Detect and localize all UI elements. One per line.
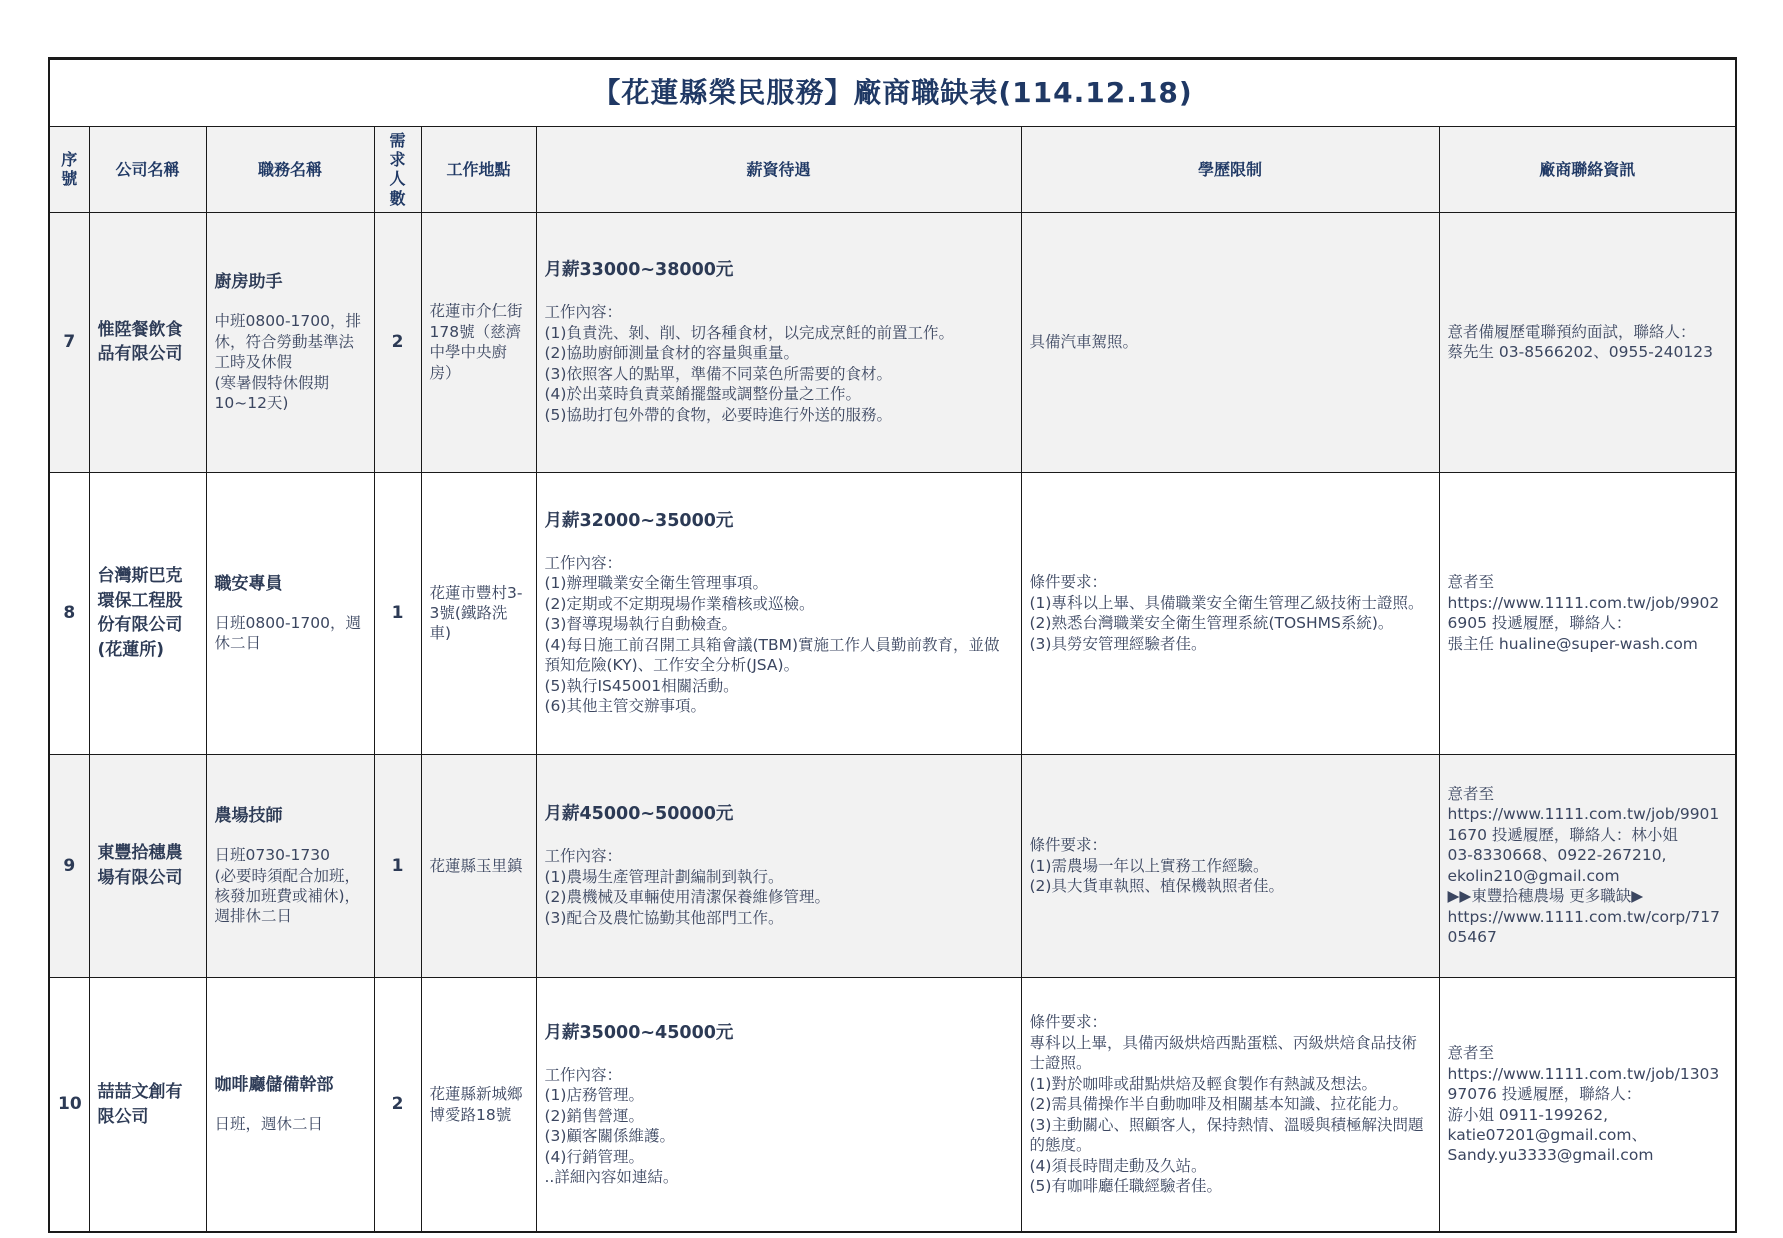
row-number: 9 <box>49 754 89 977</box>
row-number: 7 <box>49 212 89 472</box>
headcount: 1 <box>374 472 421 754</box>
salary-detail: 工作內容： (1)店務管理。 (2)銷售營運。 (3)顧客關係維護。 (4)行銷… <box>545 1065 1013 1188</box>
work-location: 花蓮縣新城鄉博愛路18號 <box>421 977 536 1232</box>
salary-detail: 工作內容： (1)農場生產管理計劃編制到執行。 (2)農機械及車輛使用清潔保養維… <box>545 846 1013 928</box>
contact-info: 意者備履歷電聯預約面試，聯絡人： 蔡先生 03-8566202、0955-240… <box>1439 212 1736 472</box>
salary-detail: 工作內容： (1)辦理職業安全衛生管理事項。 (2)定期或不定期現場作業稽核或巡… <box>545 553 1013 717</box>
job-title: 咖啡廳儲備幹部 <box>215 1074 366 1096</box>
col-header-job-title: 職務名稱 <box>206 127 374 213</box>
job-schedule: 中班0800-1700，排休，符合勞動基準法工時及休假 (寒暑假特休假期10~1… <box>215 311 366 413</box>
company-name: 喆喆文創有限公司 <box>89 977 206 1232</box>
contact-info: 意者至 https://www.1111.com.tw/job/13039707… <box>1439 977 1736 1232</box>
company-name: 台灣斯巴克環保工程股份有限公司(花蓮所) <box>89 472 206 754</box>
headcount: 1 <box>374 754 421 977</box>
job-schedule: 日班0800-1700，週休二日 <box>215 613 366 654</box>
job-title: 廚房助手 <box>215 271 366 293</box>
col-header-headcount: 需求人數 <box>374 127 421 213</box>
education-requirement: 具備汽車駕照。 <box>1021 212 1439 472</box>
table-row: 8 台灣斯巴克環保工程股份有限公司(花蓮所) 職安專員 日班0800-1700，… <box>49 472 1736 754</box>
row-number: 8 <box>49 472 89 754</box>
job-schedule: 日班0730-1730 (必要時須配合加班，核發加班費或補休)，週排休二日 <box>215 845 366 927</box>
education-requirement: 條件要求： (1)需農場一年以上實務工作經驗。 (2)具大貨車執照、植保機執照者… <box>1021 754 1439 977</box>
salary-detail: 工作內容： (1)負責洗、剝、削、切各種食材，以完成烹飪的前置工作。 (2)協助… <box>545 302 1013 425</box>
salary-amount: 月薪45000~50000元 <box>545 803 1013 826</box>
job-schedule: 日班，週休二日 <box>215 1114 366 1134</box>
headcount: 2 <box>374 212 421 472</box>
col-header-education: 學歷限制 <box>1021 127 1439 213</box>
col-header-company: 公司名稱 <box>89 127 206 213</box>
table-row: 7 惟陞餐飲食品有限公司 廚房助手 中班0800-1700，排休，符合勞動基準法… <box>49 212 1736 472</box>
education-requirement: 條件要求： (1)專科以上畢、具備職業安全衛生管理乙級技術士證照。 (2)熟悉台… <box>1021 472 1439 754</box>
work-location: 花蓮市介仁街178號（慈濟中學中央廚房） <box>421 212 536 472</box>
salary-amount: 月薪35000~45000元 <box>545 1022 1013 1045</box>
job-title: 職安專員 <box>215 573 366 595</box>
job-title: 農場技師 <box>215 805 366 827</box>
contact-info: 意者至 https://www.1111.com.tw/job/99011670… <box>1439 754 1736 977</box>
table-row: 10 喆喆文創有限公司 咖啡廳儲備幹部 日班，週休二日 2 花蓮縣新城鄉博愛路1… <box>49 977 1736 1232</box>
salary-amount: 月薪33000~38000元 <box>545 259 1013 282</box>
row-number: 10 <box>49 977 89 1232</box>
contact-info: 意者至 https://www.1111.com.tw/job/99026905… <box>1439 472 1736 754</box>
page-title: 【花蓮縣榮民服務】廠商職缺表(114.12.18) <box>49 59 1736 127</box>
page: { "title": "【花蓮縣榮民服務】廠商職缺表(114.12.18)", … <box>0 0 1783 1238</box>
col-header-contact: 廠商聯絡資訊 <box>1439 127 1736 213</box>
salary-amount: 月薪32000~35000元 <box>545 510 1013 533</box>
headcount: 2 <box>374 977 421 1232</box>
col-header-no: 序號 <box>49 127 89 213</box>
education-requirement: 條件要求： 專科以上畢，具備丙級烘焙西點蛋糕、丙級烘焙食品技術士證照。 (1)對… <box>1021 977 1439 1232</box>
col-header-location: 工作地點 <box>421 127 536 213</box>
table-row: 9 東豐拾穗農場有限公司 農場技師 日班0730-1730 (必要時須配合加班，… <box>49 754 1736 977</box>
company-name: 東豐拾穗農場有限公司 <box>89 754 206 977</box>
company-name: 惟陞餐飲食品有限公司 <box>89 212 206 472</box>
work-location: 花蓮縣玉里鎮 <box>421 754 536 977</box>
job-vacancy-table: 【花蓮縣榮民服務】廠商職缺表(114.12.18) 序號 公司名稱 職務名稱 需… <box>48 57 1737 1233</box>
col-header-salary: 薪資待遇 <box>536 127 1021 213</box>
work-location: 花蓮市豐村3-3號(鐵路洗車) <box>421 472 536 754</box>
